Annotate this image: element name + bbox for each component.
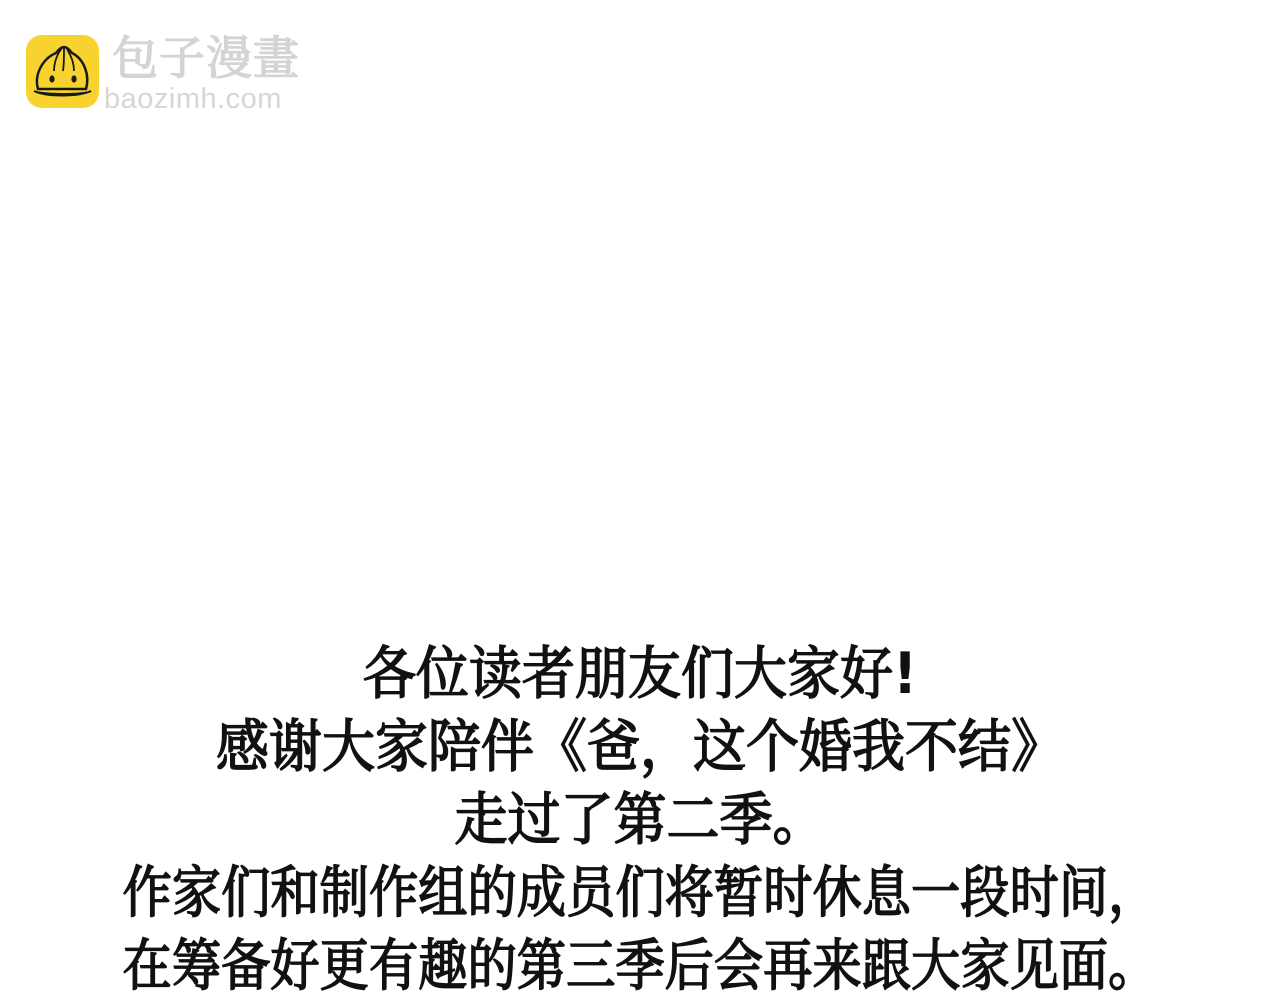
watermark-title: 包子漫畫 <box>112 33 300 83</box>
announcement-text: 各位读者朋友们大家好! 感谢大家陪伴《爸，这个婚我不结》 走过了第二季。 作家们… <box>0 638 1280 1000</box>
watermark-logo: 包子漫畫 baozimh.com <box>26 35 316 115</box>
announcement-line-5: 在筹备好更有趣的第三季后会再来跟大家见面。 <box>77 930 1203 1000</box>
announcement-line-4: 作家们和制作组的成员们将暂时休息一段时间， <box>77 857 1203 930</box>
steamed-bun-icon <box>26 35 99 108</box>
announcement-line-2: 感谢大家陪伴《爸，这个婚我不结》 <box>45 711 1235 784</box>
announcement-line-3: 走过了第二季。 <box>45 784 1235 857</box>
watermark-url: baozimh.com <box>104 83 282 115</box>
announcement-line-1: 各位读者朋友们大家好! <box>45 638 1235 711</box>
